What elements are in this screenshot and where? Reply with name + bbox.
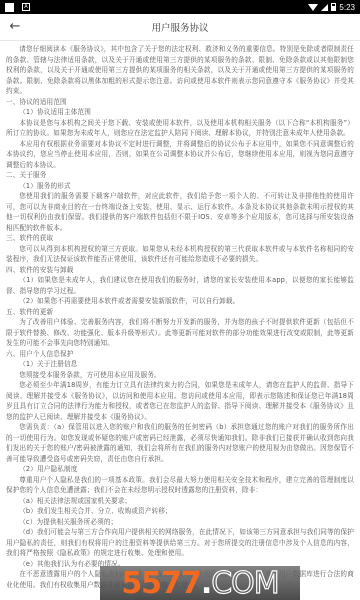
status-bar: A 5:23 xyxy=(0,0,360,14)
agreement-paragraph: （1）如果您是未成年人，我们建议您在使用我们的服务时，请您的家长安装使用本app… xyxy=(6,275,354,296)
agreement-paragraph: 四、软件的安装与卸载 xyxy=(6,265,354,276)
agreement-content[interactable]: 请您仔细阅读本《服务协议》，其中包含了关于您的法定权利、救济和义务的重要信息。特… xyxy=(0,41,360,590)
agreement-paragraph: 本协议是您与本机构之间关于您下载、安装或使用本软件，以及使用本机构相关服务（以下… xyxy=(6,118,354,139)
watermark-dot: . xyxy=(201,566,211,600)
agreement-paragraph: （c）为提供相关服务所必须的； xyxy=(6,517,354,528)
agreement-paragraph: （1）关于注册信息 xyxy=(6,359,354,370)
wifi-icon xyxy=(308,4,318,11)
agreement-paragraph: 您可以从得到本机构授权的第三方获取。如果您从未经本机构授权的第三代获取本软件或与… xyxy=(6,244,354,265)
agreement-paragraph: 二、关于服务 xyxy=(6,170,354,181)
agreement-paragraph: （b）我们发生相关合并、分立、收购或资产转移； xyxy=(6,506,354,517)
clock: 5:23 xyxy=(339,3,355,12)
battery-icon xyxy=(331,3,336,11)
agreement-paragraph: 您需负责：（a）保管用以进入您的账户和我们的服务的任何密码（b）承担您通过您的账… xyxy=(6,422,354,464)
signal-icon xyxy=(321,4,328,11)
app-bar: ← 用户服务协议 xyxy=(0,14,360,41)
agreement-paragraph: 尊重用户个人隐私是我们的一项基本政策。我们会尽最大努力使用相关安全技术和程序，建… xyxy=(6,475,354,496)
watermark-number: 5577 xyxy=(121,566,201,600)
agreement-paragraph: 六、用户个人信息保护 xyxy=(6,349,354,360)
back-arrow-icon[interactable]: ← xyxy=(6,18,24,36)
page-title: 用户服务协议 xyxy=(0,20,360,34)
agreement-paragraph: （2）如果您不再需要使用本软件或者需要安装新版软件，可以自行卸载。 xyxy=(6,296,354,307)
agreement-paragraph: 五、软件的更新 xyxy=(6,307,354,318)
agreement-paragraph: 本应用有权根据业务需要对本协议不定时进行调整，并将调整后的协议公布于本应用中，如… xyxy=(6,139,354,171)
agreement-paragraph: 您使用我们的服务需要下载客户端软件，对应此软件，我们给予您一项个人的、不可转让及… xyxy=(6,191,354,233)
agreement-paragraph: （d）我们可能会与第三方合作向用户提供相关的网络服务，在此情况下，如该第三方同意… xyxy=(6,527,354,559)
agreement-paragraph: 三、软件的获取 xyxy=(6,233,354,244)
agreement-paragraph: 一、协议的适用范围 xyxy=(6,97,354,108)
watermark-suffix: COM xyxy=(211,566,278,600)
notification-icon xyxy=(5,3,14,12)
agreement-paragraph: 为了改善用户体验、完善服务内容，我们将不断努力开发新的服务，并为您的孩子不时提供… xyxy=(6,317,354,349)
app-notification-icon: A xyxy=(22,3,30,11)
watermark-logo: 5577.COM xyxy=(100,566,300,600)
agreement-paragraph: 您必须至少年满18周岁，有能力订立具有法律约束力的合同，如果您是未成年人，请您在… xyxy=(6,380,354,422)
agreement-paragraph: 请您仔细阅读本《服务协议》，其中包含了关于您的法定权利、救济和义务的重要信息。特… xyxy=(6,44,354,97)
agreement-paragraph: （2）用户隐私制度 xyxy=(6,464,354,475)
agreement-paragraph: （a）相关法律法规或国家机关要求； xyxy=(6,496,354,507)
agreement-paragraph: （1）协议适用主体范围 xyxy=(6,107,354,118)
agreement-paragraph: （1）服务的形式 xyxy=(6,181,354,192)
agreement-paragraph: 您须接受本服务条款，方可使用本应用及服务。 xyxy=(6,370,354,381)
